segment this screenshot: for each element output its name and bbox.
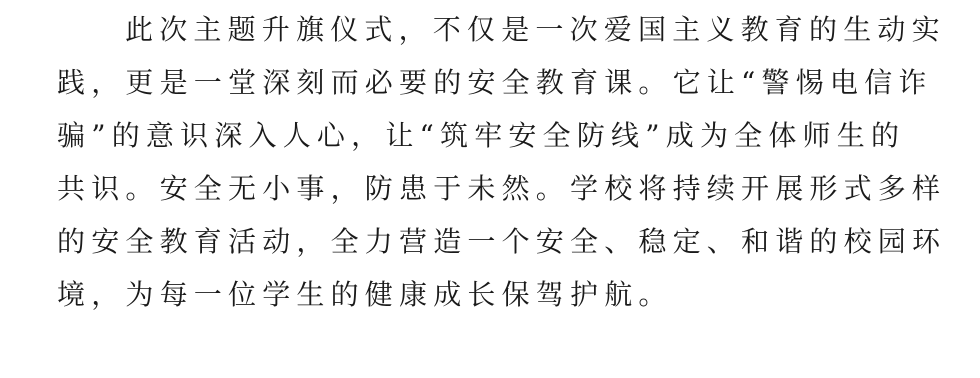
paragraph-line: 此次主题升旗仪式，不仅是一次爱国主义教育的生动实: [125, 10, 946, 50]
paragraph-line: 境，为每一位学生的健康成长保驾护航。: [57, 275, 673, 315]
document-page: 此次主题升旗仪式，不仅是一次爱国主义教育的生动实 践，更是一堂深刻而必要的安全教…: [0, 0, 980, 378]
paragraph-line: 践，更是一堂深刻而必要的安全教育课。它让“警惕电信诈: [57, 63, 933, 103]
paragraph-line: 骗”的意识深入人心，让“筑牢安全防线”成为全体师生的: [57, 116, 905, 156]
paragraph-line: 共识。安全无小事，防患于未然。学校将持续开展形式多样: [57, 169, 946, 209]
paragraph-line: 的安全教育活动，全力营造一个安全、稳定、和谐的校园环: [57, 222, 946, 262]
